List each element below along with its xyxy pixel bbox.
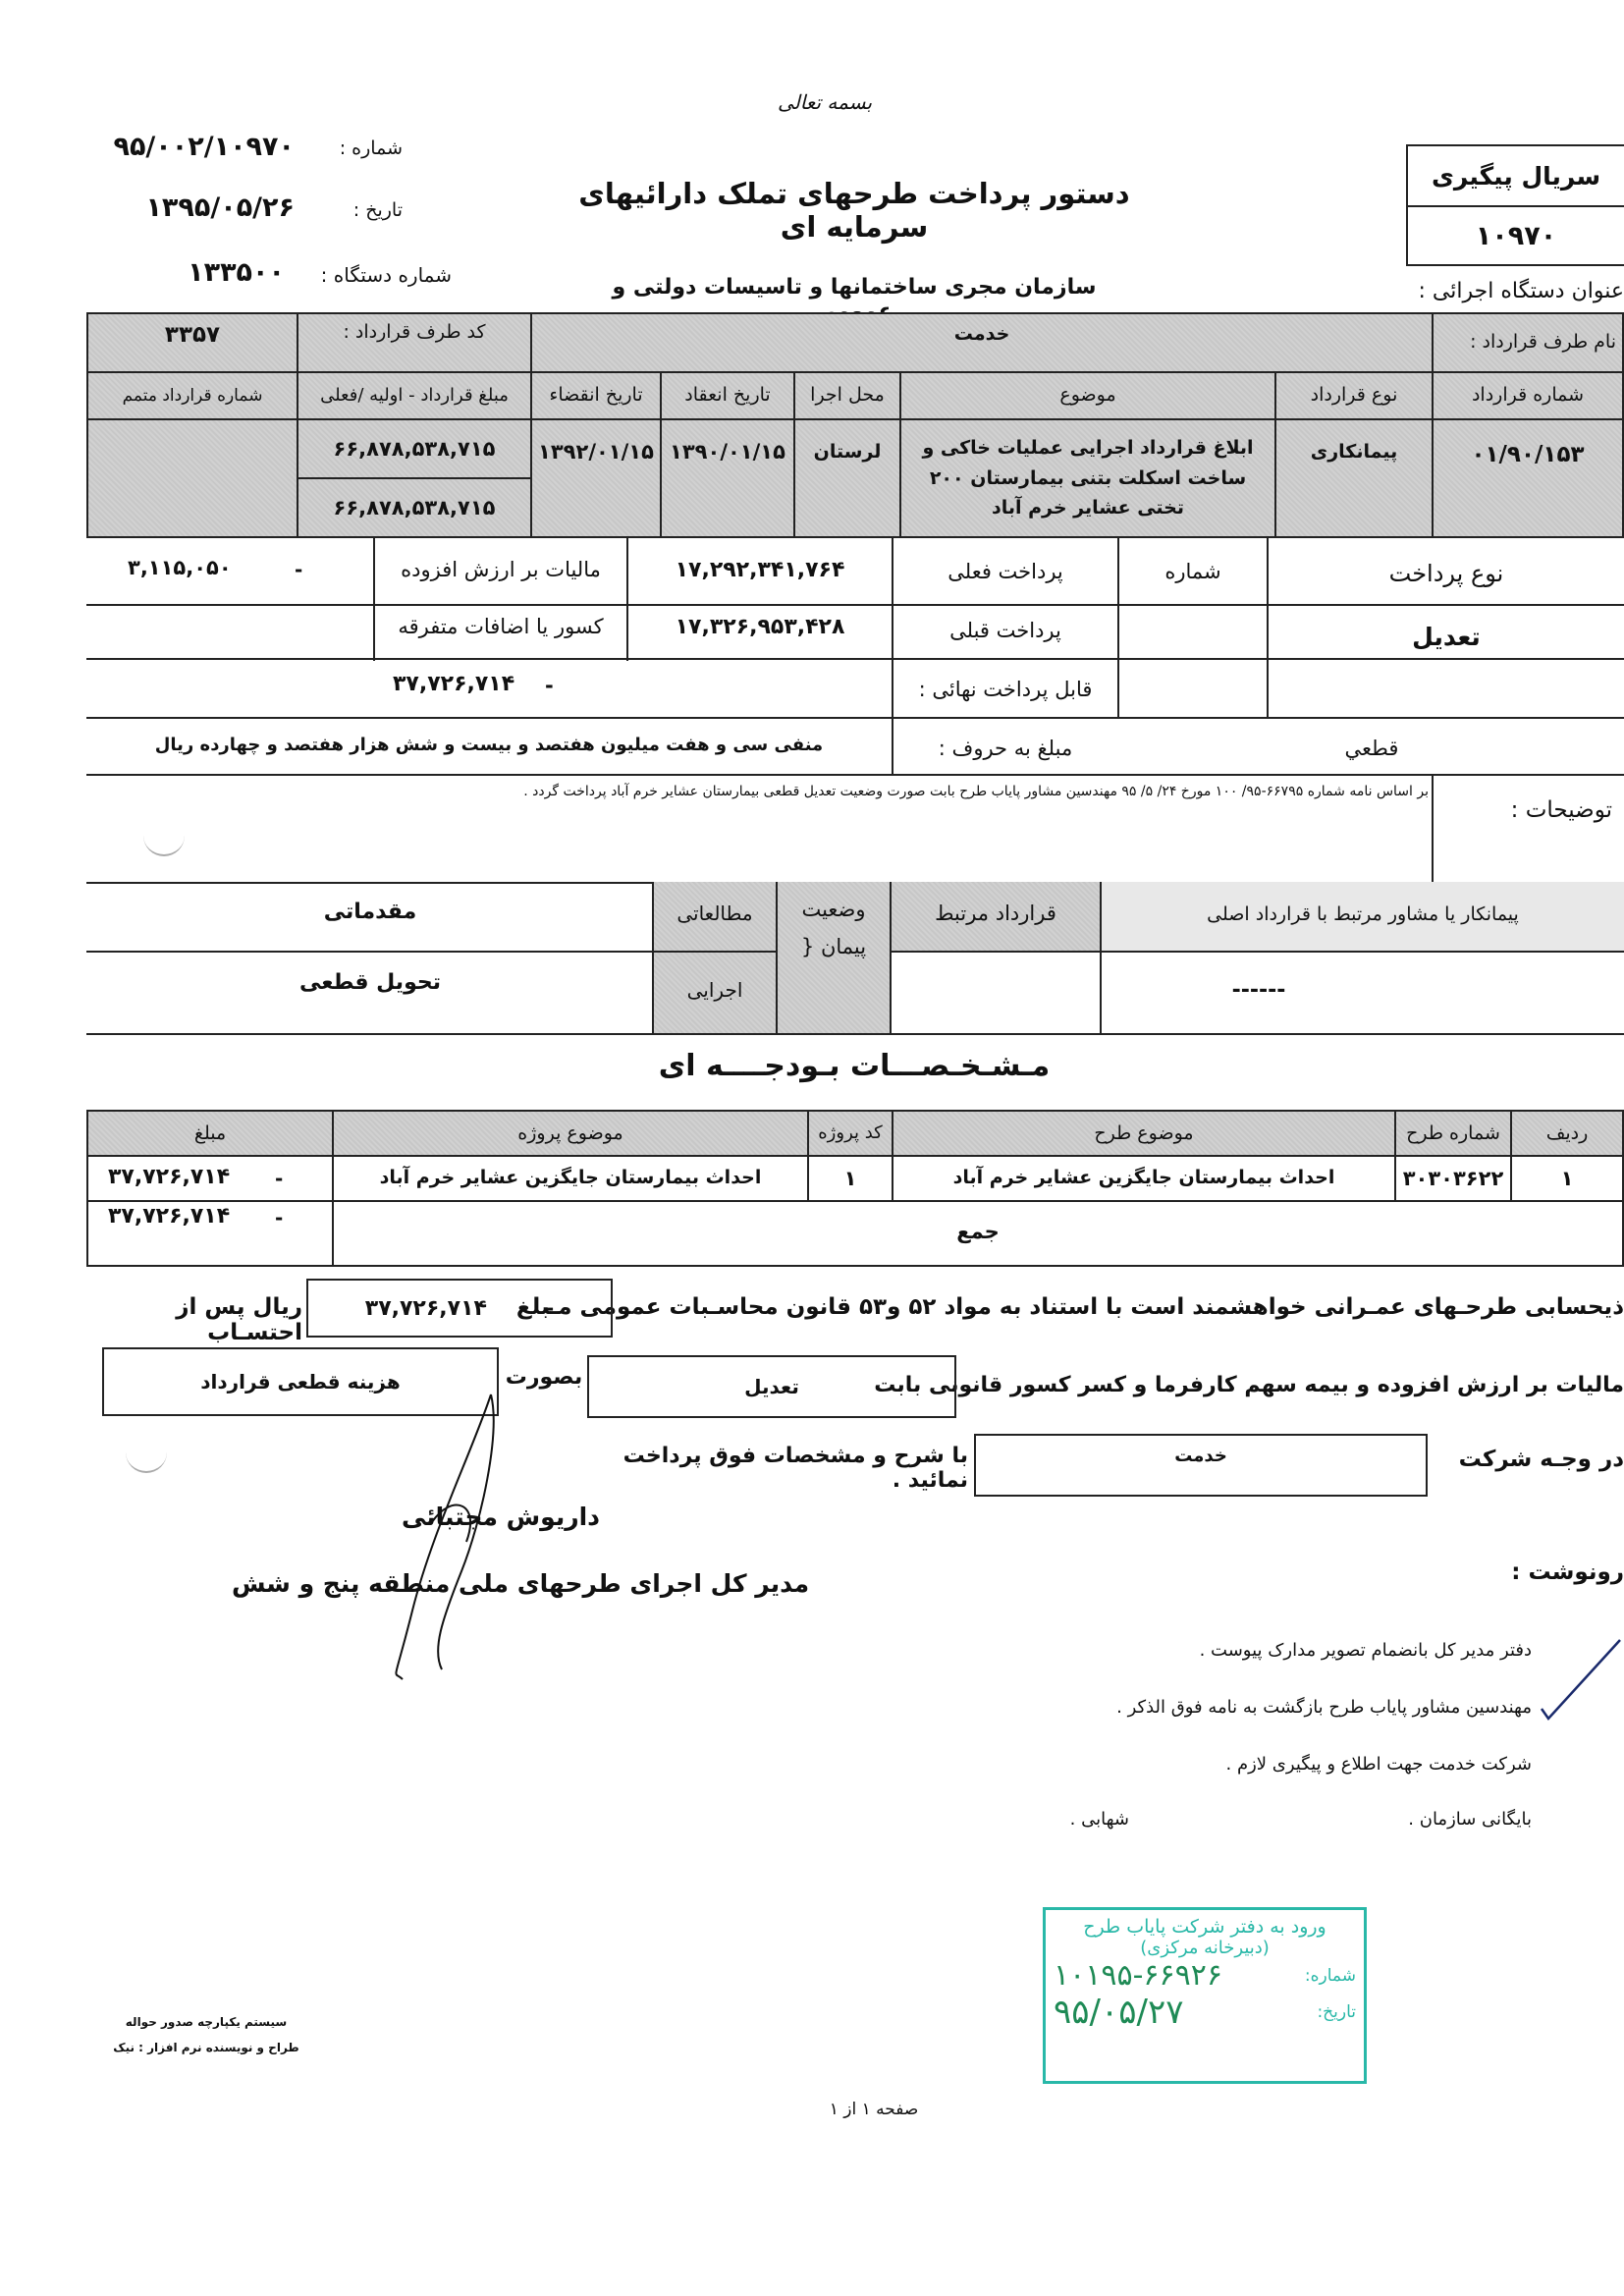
budget-total-amount: ۳۷,۷۲۶,۷۱۴ [108, 1204, 255, 1229]
footer-system-line2: طراح و نویسنده نرم افزار : نیک [108, 2041, 304, 2054]
amount-initial-value: ۶۶,۸۷۸,۵۳۸,۷۱۵ [297, 418, 532, 479]
page-indicator: صفحه ۱ از ۱ [805, 2100, 943, 2119]
location-value: لرستان [793, 418, 901, 538]
current-payment-label: پرداخت فعلی [893, 560, 1117, 583]
executive-device-label: عنوان دستگاه اجرائی : [1394, 279, 1624, 303]
final-payable-sign: - [545, 674, 565, 697]
col-location: محل اجرا [793, 371, 901, 420]
col-amount: مبلغ قرارداد - اولیه /فعلی [297, 371, 532, 420]
tracking-serial-box: سریال پیگیری ۱۰۹۷۰ [1406, 144, 1624, 266]
budget-plan-subject: احداث بیمارستان جایگزین عشایر خرم آباد [893, 1167, 1394, 1188]
stamp-line2: (دبیرخانه مرکزی) [1046, 1938, 1364, 1958]
instruction-line2: مالیات بر ارزش افزوده و بیمه سهم کارفرما… [962, 1373, 1624, 1397]
end-date-value: ۱۳۹۲/۰۱/۱۵ [530, 418, 662, 538]
col-subject: موضوع [899, 371, 1276, 420]
payment-type-value: تعدیل [1269, 623, 1624, 651]
execution-label: اجرایی [654, 978, 776, 1002]
notes-text: بر اساس نامه شماره ۶۶۷۹۵-۹۵/ ۱۰۰ مورخ ۲۴… [393, 784, 1429, 799]
supplement-number-value [86, 418, 298, 538]
punch-hole-mark [143, 827, 185, 856]
start-date-value: ۱۳۹۰/۰۱/۱۵ [660, 418, 795, 538]
device-number-value: ۱۳۳۵۰۰ [147, 257, 285, 288]
budget-amount-sign: - [275, 1167, 295, 1190]
final-payable-label: قابل پرداخت نهائی : [893, 678, 1117, 701]
vat-value: ۳,۱۱۵,۰۵۰ [128, 556, 265, 579]
contract-status-label-2: پیمان { [778, 935, 890, 958]
vat-sign: - [295, 558, 314, 581]
instruction-amount-sign: - [546, 1296, 554, 1320]
execution-value: تحویل قطعی [88, 970, 652, 995]
contract-status-label: وضعیت [778, 898, 890, 921]
party-name-value: خدمت [530, 312, 1434, 373]
instruction-amount: ۳۷,۷۲۶,۷۱۴ [365, 1296, 487, 1321]
contract-number-value: ۰۱/۹۰/۱۵۳ [1432, 418, 1624, 538]
budget-total-label: جمع [334, 1220, 1622, 1243]
party-code-label: کد طرف قرارداد : [297, 312, 532, 373]
budget-col-project-code: کد پروژه [809, 1122, 892, 1143]
in-words-label: مبلغ به حروف : [893, 737, 1117, 760]
checkmark-icon [1537, 1630, 1624, 1728]
budget-row-number: ۱ [1512, 1167, 1622, 1190]
vat-label: مالیات بر ارزش افزوده [375, 558, 626, 581]
contractor-label: پیمانکار یا مشاور مرتبط با قرارداد اصلی [1102, 903, 1624, 925]
final-status-value: قطعي [1119, 737, 1624, 760]
related-contract-label: قرارداد مرتبط [892, 902, 1100, 925]
footer-system-line1: سیستم یکپارچه صدور حواله [108, 2015, 304, 2029]
col-contract-type: نوع قرارداد [1274, 371, 1434, 420]
budget-col-project-subject: موضوع پروژه [334, 1122, 807, 1144]
received-stamp: ورود به دفتر شرکت پایاب طرح (دبیرخانه مر… [1043, 1907, 1367, 2084]
punch-hole-mark-2 [126, 1446, 167, 1473]
study-label: مطالعاتی [654, 902, 776, 925]
copy-item-1: دفتر مدیر کل بانضمام تصویر مدارک پیوست . [982, 1640, 1532, 1661]
current-payment-value: ۱۷,۲۹۲,۳۴۱,۷۶۴ [628, 558, 892, 582]
date-label: تاریخ : [295, 199, 403, 221]
reason-box: تعدیل [587, 1355, 956, 1418]
budget-col-amount: مبلغ [88, 1122, 332, 1144]
budget-project-code: ۱ [809, 1167, 892, 1190]
company-box: خدمت [974, 1434, 1428, 1497]
in-words-value: منفی سی و هفت میلیون هفتصد و بیست و شش ه… [88, 735, 890, 755]
budget-col-plan-number: شماره طرح [1396, 1122, 1510, 1144]
tracking-serial-value: ۱۰۹۷۰ [1408, 207, 1624, 266]
stamp-number-value: ۱۰۱۹۵-۶۶۹۲۶ [1054, 1958, 1222, 1993]
page-title: دستور پرداخت طرحهای تملک دارائیهای سرمای… [550, 177, 1159, 244]
number-value: ۹۵/۰۰۲/۱۰۹۷۰ [108, 132, 295, 162]
copy-item-2: مهندسین مشاور پایاب طرح بازگشت به نامه ف… [982, 1697, 1532, 1718]
stamp-number-label: شماره: [1305, 1966, 1356, 1986]
instruction-amount-box: - ۳۷,۷۲۶,۷۱۴ [306, 1279, 613, 1338]
copy-item-3: شرکت خدمت جهت اطلاع و پیگیری لازم . [982, 1754, 1532, 1775]
col-supplement-number: شماره قرارداد متمم [86, 371, 298, 420]
invocation: بسمه تعالی [746, 90, 903, 114]
copies-label: رونوشت : [1473, 1559, 1624, 1585]
payment-number-label: شماره [1119, 560, 1267, 583]
notes-label: توضیحات : [1435, 797, 1612, 823]
budget-total-sign: - [275, 1206, 295, 1230]
final-payable-value: ۳۷,۷۲۶,۷۱۴ [393, 672, 540, 696]
col-start-date: تاریخ انعقاد [660, 371, 795, 420]
contract-type-value: پیمانکاری [1274, 418, 1434, 538]
company-prefix: در وجـه شرکت [1434, 1447, 1624, 1472]
instruction-line3-suffix: با شرح و مشخصات فوق پرداخت نمائید . [579, 1444, 968, 1493]
budget-plan-number: ۳۰۳۰۳۶۲۲ [1396, 1167, 1510, 1190]
payment-type-label: نوع پرداخت [1269, 560, 1624, 587]
stamp-date-value: ۹۵/۰۵/۲۷ [1054, 1993, 1183, 2032]
misc-label: کسور یا اضافات متفرقه [375, 615, 626, 638]
budget-amount: ۳۷,۷۲۶,۷۱۴ [108, 1165, 255, 1189]
study-value: مقدماتی [88, 900, 652, 924]
contractor-value: ------ [1102, 978, 1416, 1003]
budget-col-row: ردیف [1512, 1122, 1622, 1144]
budget-project-subject: احداث بیمارستان جایگزین عشایر خرم آباد [334, 1167, 807, 1188]
budget-col-plan-subject: موضوع طرح [893, 1122, 1394, 1144]
copies-initials: شهابی . [982, 1809, 1129, 1830]
date-value: ۱۳۹۵/۰۵/۲۶ [118, 192, 295, 223]
stamp-date-label: تاریخ: [1317, 2002, 1356, 2022]
device-number-label: شماره دستگاه : [295, 263, 452, 287]
instruction-line1: ذیحسابی طرحـهای عمـرانی خواهشمند است با … [619, 1294, 1624, 1320]
party-name-label: نام طرف قرارداد : [1432, 312, 1624, 373]
party-code-value: ۳۳۵۷ [86, 312, 298, 373]
col-end-date: تاریخ انقضاء [530, 371, 662, 420]
tracking-serial-label: سریال پیگیری [1408, 146, 1624, 207]
previous-payment-label: پرداخت قبلی [893, 619, 1117, 642]
number-label: شماره : [295, 137, 403, 159]
subject-value: ابلاغ قرارداد اجرایی عملیات خاکی و ساخت … [899, 418, 1276, 538]
instruction-line1-suffix: ریال پس از احتسـاب [88, 1294, 302, 1345]
budget-title: مـشـخـصـــات بـودجــــه ای [550, 1049, 1159, 1083]
stamp-line1: ورود به دفتر شرکت پایاب طرح [1046, 1916, 1364, 1938]
previous-payment-value: ۱۷,۳۲۶,۹۵۳,۴۲۸ [628, 615, 892, 639]
handwritten-signature-icon [373, 1375, 550, 1689]
col-contract-number: شماره قرارداد [1432, 371, 1624, 420]
amount-current-value: ۶۶,۸۷۸,۵۳۸,۷۱۵ [297, 477, 532, 538]
